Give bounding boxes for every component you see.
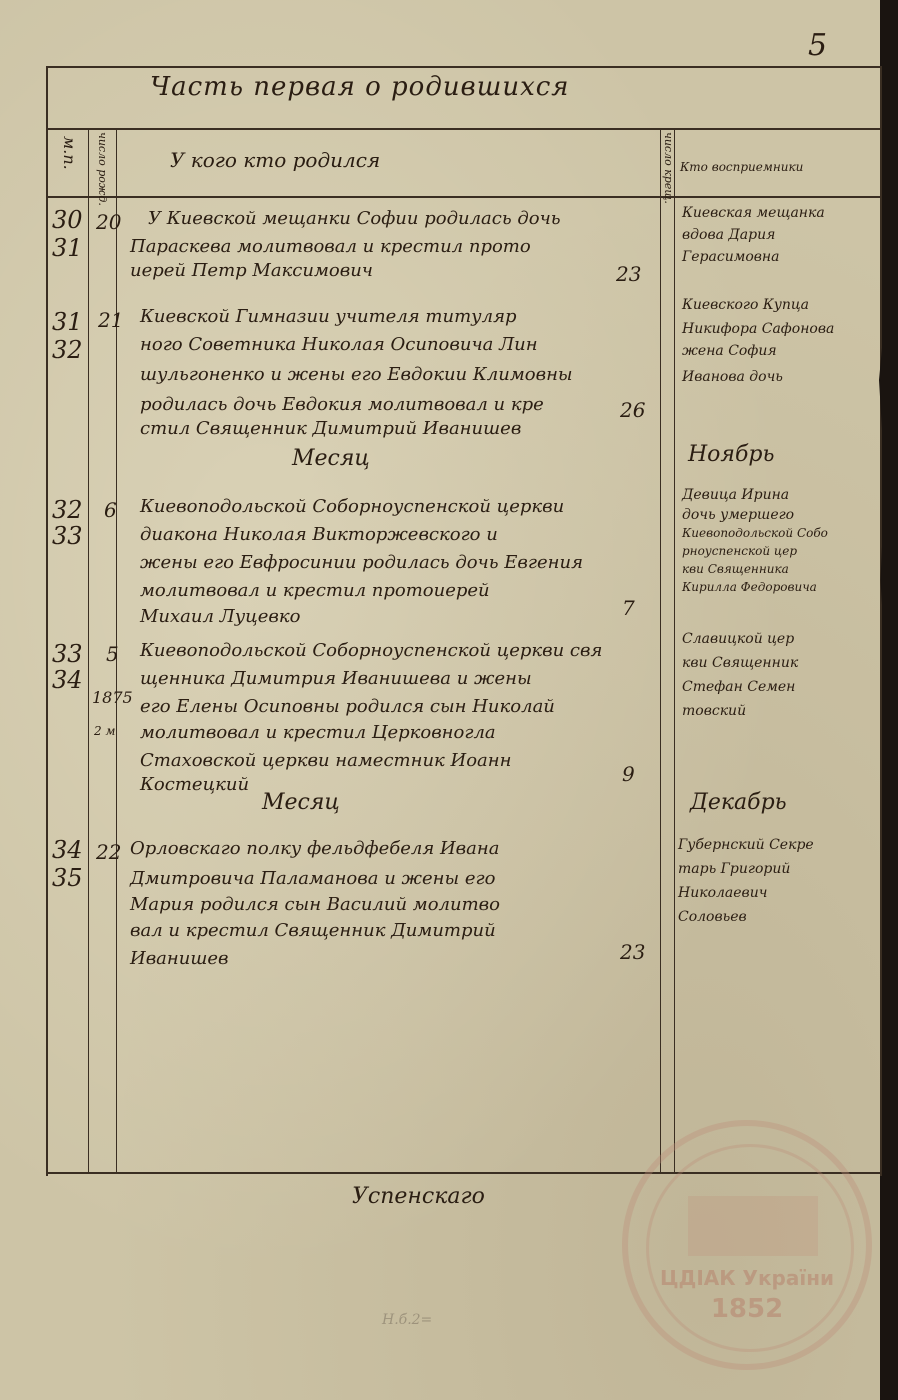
right-month-november: Ноябрь xyxy=(688,442,775,467)
book-icon xyxy=(688,1196,818,1256)
entry-3-line-5: Михаил Луцевко xyxy=(140,598,300,635)
stamp-year: 1852 xyxy=(628,1294,866,1324)
entry-5-godparent-3: Николаевич xyxy=(678,880,767,906)
entry-2-male-num-a: 31 xyxy=(52,308,83,336)
entry-5-baptism-day: 23 xyxy=(620,940,645,964)
header-birth-day: число рожд. xyxy=(96,132,109,206)
col-divider-4 xyxy=(674,128,675,1174)
entry-4-line-6: Костецкий xyxy=(140,766,249,803)
header-male-count: м.п. xyxy=(60,136,79,170)
entry-2-baptism-day: 26 xyxy=(620,398,645,422)
entry-2-male-num-b: 32 xyxy=(52,336,83,364)
entry-3-baptism-day: 7 xyxy=(622,596,635,620)
entry-5-male-num-a: 34 xyxy=(52,836,83,864)
entry-3-male-num-a: 32 xyxy=(52,496,83,524)
pencil-note: Н.б.2= xyxy=(382,1312,432,1328)
header-baptism-day: число крещ. xyxy=(662,132,675,204)
table-border-left xyxy=(46,66,48,1176)
header-parents: У кого кто родился xyxy=(170,148,380,172)
entry-4-godparent-1: Славицкой цер xyxy=(682,626,794,652)
col-divider-1 xyxy=(88,128,89,1174)
stamp-label: ЦДІАК України xyxy=(628,1266,866,1290)
page-title: Часть первая о родившихся xyxy=(150,72,570,102)
entry-4-margin-note: 2 м xyxy=(94,724,115,738)
entry-1-male-num-b: 31 xyxy=(52,234,83,262)
entry-5-male-num-b: 35 xyxy=(52,864,83,892)
entry-4-godparent-3: Стефан Семен xyxy=(682,674,795,700)
header-divider xyxy=(46,196,882,198)
entry-4-godparent-4: товский xyxy=(682,698,746,724)
page-number: 5 xyxy=(808,28,827,63)
entry-5-line-5: Иванишев xyxy=(130,940,229,977)
entry-4-godparent-2: кви Священник xyxy=(682,650,798,676)
entry-3-male-num-b: 33 xyxy=(52,522,83,550)
table-border-top xyxy=(46,66,882,68)
entry-4-male-num-b: 34 xyxy=(52,666,83,694)
right-month-december: Декабрь xyxy=(690,790,787,815)
col-divider-3 xyxy=(660,128,661,1174)
entry-4-male-num-a: 33 xyxy=(52,640,83,668)
entry-1-male-num-a: 30 xyxy=(52,206,83,234)
entry-1-baptism-day: 23 xyxy=(616,262,641,286)
footer-note: Успенскаго xyxy=(352,1184,485,1209)
entry-5-godparent-4: Соловьев xyxy=(678,904,747,930)
entry-1-line-3: иерей Петр Максимович xyxy=(130,252,373,289)
document-page: 5 Часть первая о родившихся м.п. число р… xyxy=(0,0,880,1400)
table-border-right xyxy=(880,66,882,1176)
entry-2-godparent-3: жена София xyxy=(682,338,777,364)
entry-2-line-5: стил Священник Димитрий Иванишев xyxy=(140,410,521,447)
entry-3-birth-day: 6 xyxy=(104,498,117,522)
entry-2-godparent-4: Иванова дочь xyxy=(682,364,783,390)
entry-5-godparent-1: Губернский Секре xyxy=(678,832,814,858)
entry-1-birth-day: 20 xyxy=(96,210,121,234)
entry-3-godparent-6: Кирилла Федоровича xyxy=(682,574,817,600)
entry-5-godparent-2: тарь Григорий xyxy=(678,856,790,882)
month-heading-2: Месяц xyxy=(262,790,340,815)
entry-2-birth-day: 21 xyxy=(98,308,123,332)
entry-4-birth-day: 5 xyxy=(106,642,119,666)
archive-stamp: ЦДІАК України 1852 xyxy=(622,1120,872,1370)
entry-1-godparent-3: Герасимовна xyxy=(682,244,779,270)
entry-2-godparent-1: Киевского Купца xyxy=(682,292,809,318)
month-heading-1: Месяц xyxy=(292,446,370,471)
title-divider xyxy=(46,128,882,130)
entry-4-baptism-day: 9 xyxy=(622,762,635,786)
entry-4-margin-year: 1875 xyxy=(92,688,133,707)
entry-5-birth-day: 22 xyxy=(96,840,121,864)
header-godparents: Кто восприемники xyxy=(680,160,803,174)
